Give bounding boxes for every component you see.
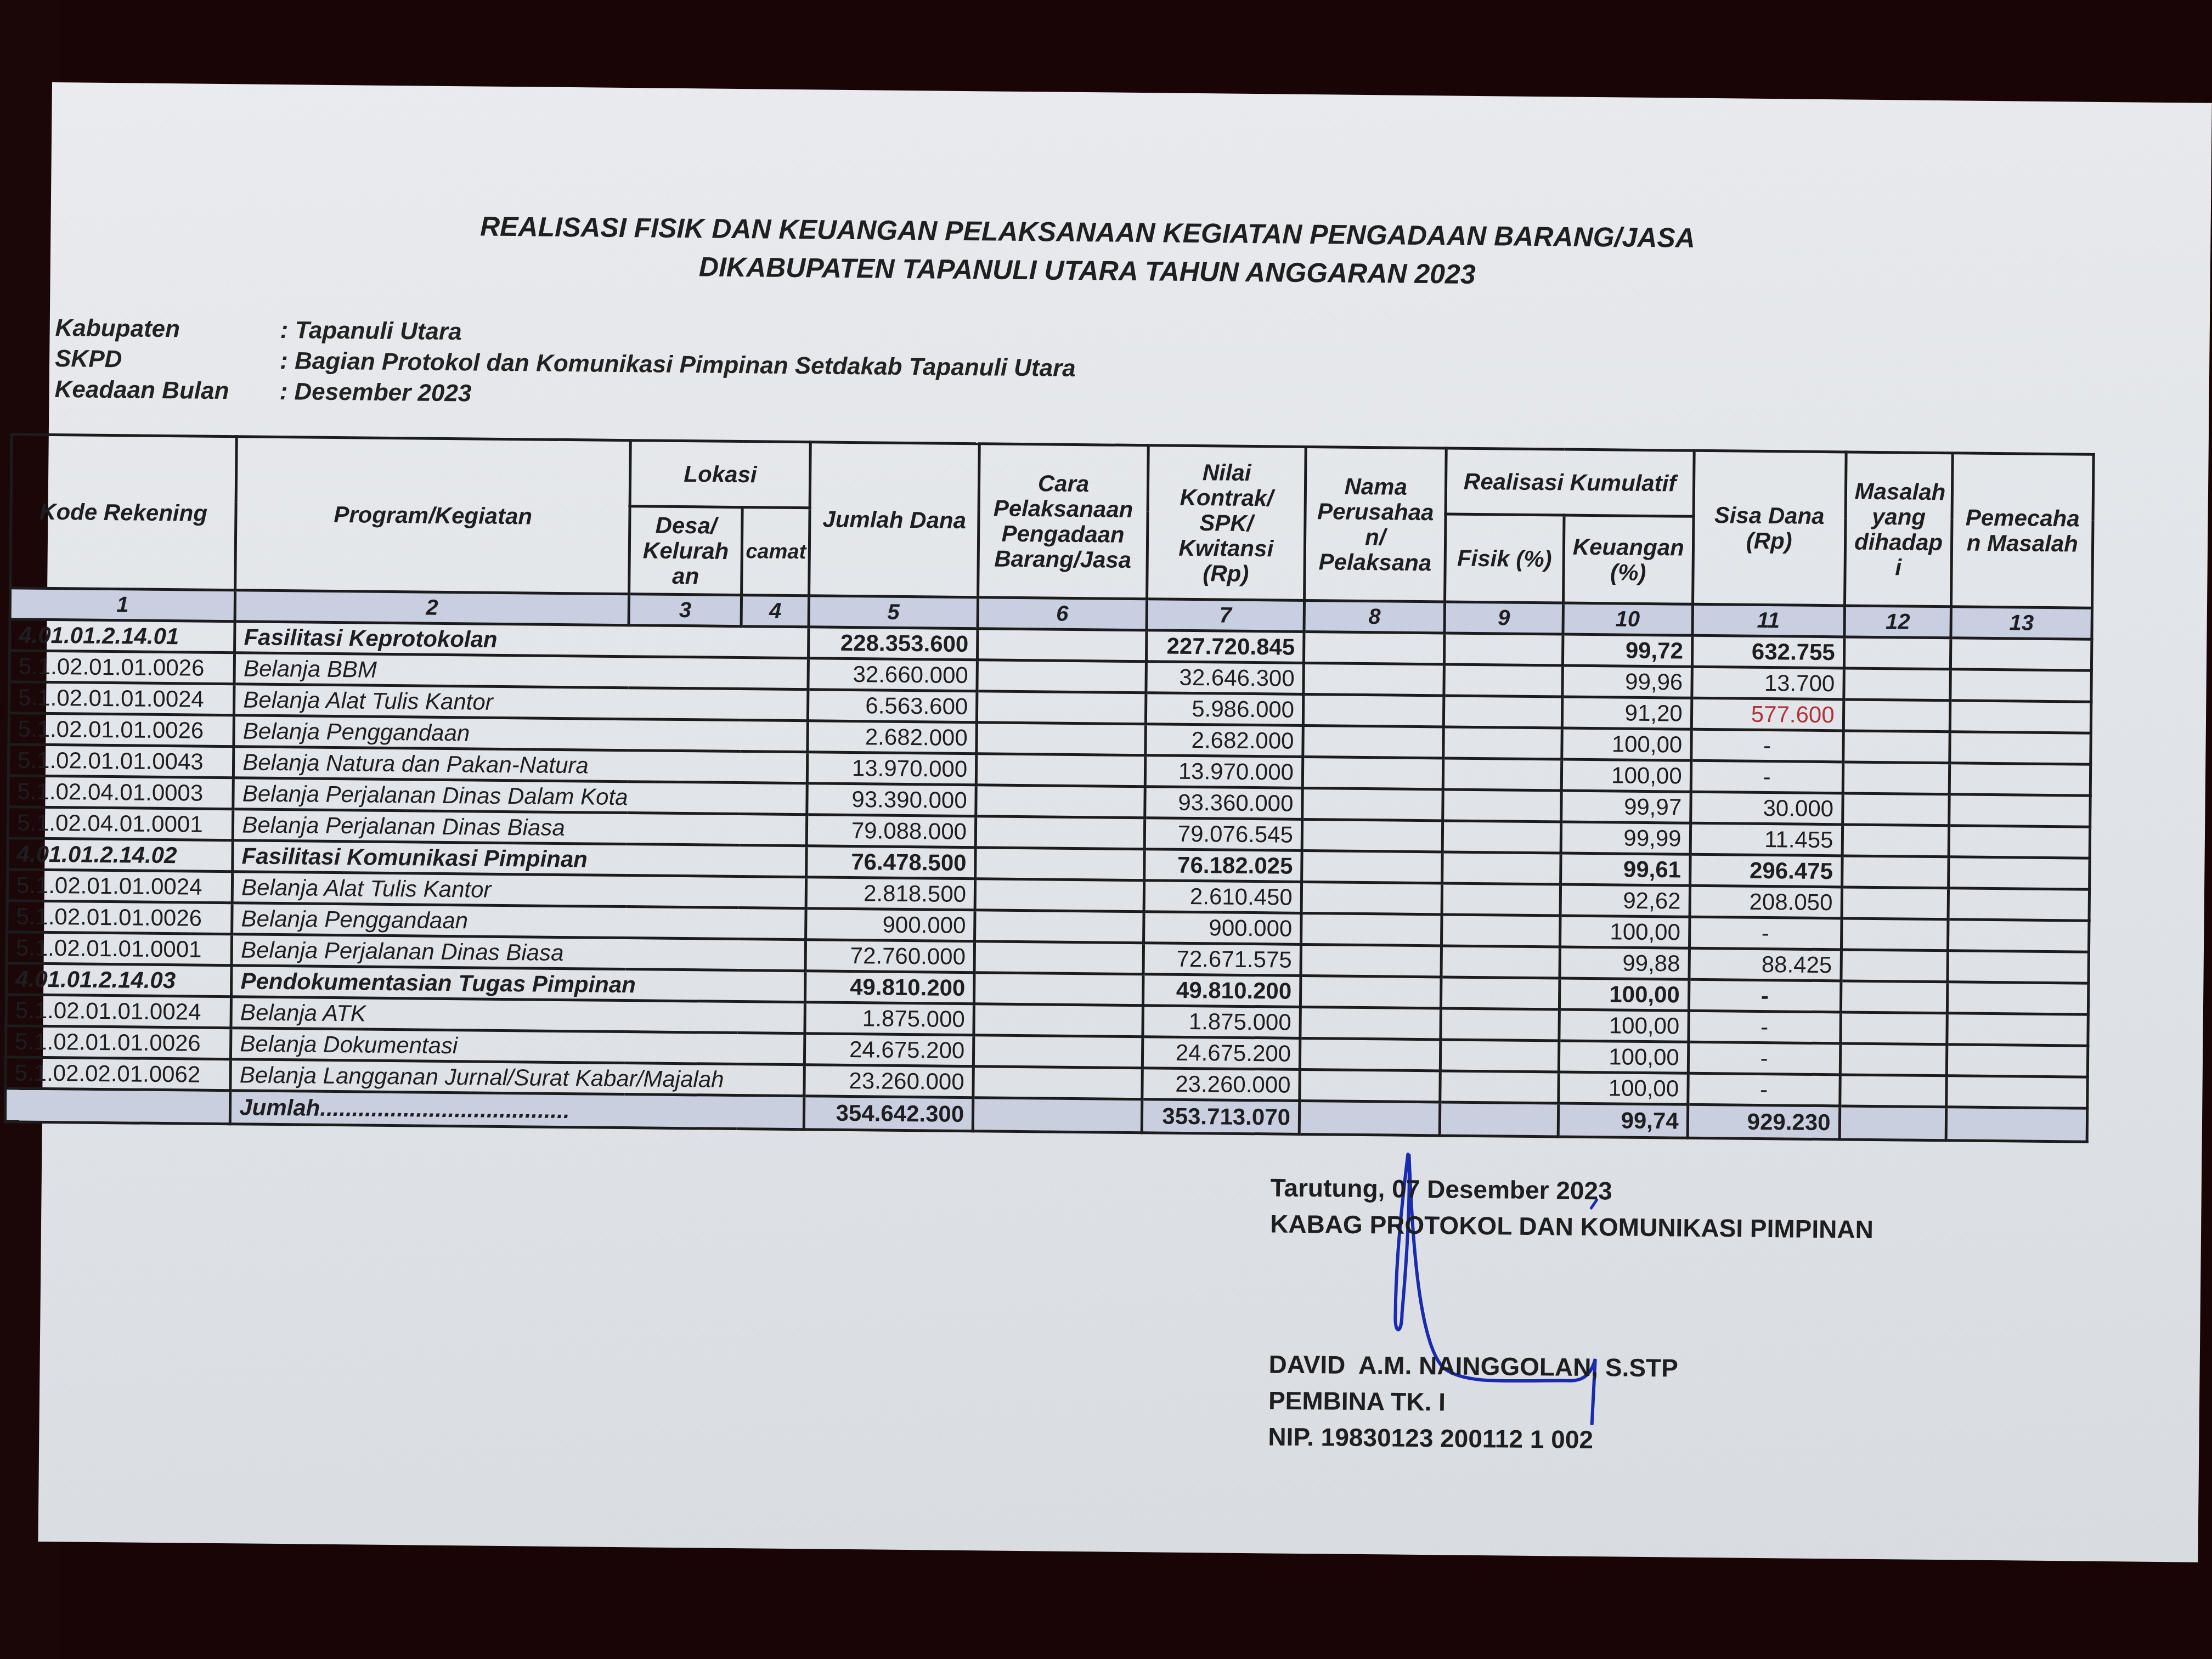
column-number-12: 12: [1844, 606, 1951, 638]
cell-nilai-kontrak: 2.610.450: [1144, 881, 1302, 913]
signature-place-date: Tarutung, 07 Desember 2023: [1270, 1169, 1874, 1211]
cell-pemecahan: [1947, 1013, 2088, 1046]
cell-masalah: [1841, 981, 1948, 1013]
cell-nama-perusahaan: [1302, 788, 1443, 820]
cell-nama-perusahaan: [1304, 663, 1444, 695]
cell-sisa-dana: 296.475: [1690, 854, 1842, 887]
cell-kode-rekening: 5.1.02.01.01.0024: [6, 995, 232, 1028]
cell-nama-perusahaan: [1300, 1007, 1441, 1039]
column-number-3: 3: [629, 594, 742, 627]
cell-jumlah-dana: 2.818.500: [806, 877, 975, 910]
cell-program: Belanja Perjalanan Dinas Biasa: [232, 934, 806, 971]
cell-program: Belanja ATK: [231, 997, 805, 1034]
document-title: REALISASI FISIK DAN KEUANGAN PELAKSANAAN…: [50, 203, 2125, 300]
cell-keuangan: 100,00: [1559, 1072, 1688, 1104]
cell-masalah: [1841, 950, 1948, 982]
cell-nilai-kontrak: 1.875.000: [1143, 1006, 1301, 1039]
cell-program: Belanja Perjalanan Dinas Biasa: [233, 809, 808, 846]
cell-keuangan: 100,00: [1559, 1041, 1688, 1073]
total-sisa: 929.230: [1688, 1104, 1839, 1139]
table-body: 4.01.01.2.14.01Fasilitasi Keprotokolan22…: [5, 619, 2092, 1108]
header-jumlah-dana: Jumlah Dana: [809, 442, 979, 597]
cell-program: Belanja Langganan Jurnal/Surat Kabar/Maj…: [230, 1059, 805, 1096]
cell-masalah: [1843, 668, 1950, 701]
header-keuangan: Keuangan (%): [1563, 515, 1693, 604]
cell-sisa-dana: 11.455: [1690, 823, 1842, 856]
cell-jumlah-dana: 24.675.200: [805, 1034, 974, 1066]
cell-kode-rekening: 5.1.02.01.01.0001: [7, 932, 232, 966]
cell-fisik: [1442, 915, 1560, 947]
cell-cara: [977, 723, 1145, 755]
cell-pemecahan: [1947, 1045, 2088, 1077]
cell-cara: [975, 910, 1144, 943]
cell-kode-rekening: 5.1.02.01.01.0026: [5, 1026, 231, 1059]
cell-program: Belanja Penggandaan: [234, 715, 808, 752]
cell-nilai-kontrak: 49.810.200: [1143, 974, 1301, 1007]
cell-nilai-kontrak: 13.970.000: [1145, 755, 1303, 788]
cell-fisik: [1444, 664, 1562, 697]
cell-jumlah-dana: 6.563.600: [808, 690, 977, 723]
cell-fisik: [1444, 696, 1562, 728]
cell-cara: [975, 816, 1144, 849]
cell-pemecahan: [1948, 951, 2089, 983]
cell-sisa-dana: 13.700: [1692, 667, 1844, 699]
cell-masalah: [1842, 825, 1949, 857]
cell-jumlah-dana: 900.000: [806, 909, 975, 941]
cell-kode-rekening: 5.1.02.01.01.0026: [7, 901, 233, 934]
column-number-5: 5: [809, 596, 978, 629]
signature-name: DAVID A.M. NAINGGOLAN, S.STP: [1268, 1346, 1872, 1388]
cell-program: Belanja Alat Tulis Kantor: [234, 684, 809, 721]
cell-nama-perusahaan: [1304, 631, 1444, 664]
column-number-7: 7: [1147, 599, 1305, 632]
cell-cara: [977, 691, 1146, 724]
cell-jumlah-dana: 76.478.500: [806, 846, 975, 879]
signature-position: KABAG PROTOKOL DAN KOMUNIKASI PIMPINAN: [1270, 1205, 1874, 1248]
cell-nama-perusahaan: [1301, 913, 1442, 945]
header-nama-perusahaan: Nama Perusahaa n/ Pelaksana: [1305, 447, 1447, 601]
header-pemecahan: Pemecaha n Masalah: [1951, 453, 2093, 608]
cell-jumlah-dana: 32.660.000: [808, 658, 977, 691]
cell-pemecahan: [1948, 982, 2089, 1014]
cell-keuangan: 100,00: [1562, 728, 1691, 760]
cell-jumlah-dana: 2.682.000: [808, 721, 977, 754]
realisasi-table: Kode Rekening Program/Kegiatan Lokasi Ju…: [4, 433, 2095, 1143]
total-jumlah: 354.642.300: [804, 1096, 973, 1131]
cell-sisa-dana: 577.600: [1691, 698, 1843, 731]
cell-masalah: [1843, 762, 1950, 794]
cell-pemecahan: [1949, 794, 2090, 827]
cell-nama-perusahaan: [1302, 850, 1443, 883]
cell-sisa-dana: 208.050: [1690, 885, 1842, 918]
cell-jumlah-dana: 228.353.600: [809, 627, 978, 660]
cell-nilai-kontrak: 23.260.000: [1142, 1068, 1300, 1101]
cell-sisa-dana: 632.755: [1692, 635, 1844, 668]
total-kontrak: 353.713.070: [1142, 1099, 1300, 1135]
cell-program: Belanja Perjalanan Dinas Dalam Kota: [233, 778, 808, 815]
column-number-2: 2: [235, 590, 629, 625]
cell-keuangan: 99,88: [1560, 947, 1689, 979]
column-number-11: 11: [1692, 604, 1844, 637]
cell-pemecahan: [1949, 857, 2090, 889]
cell-sisa-dana: 30.000: [1690, 792, 1842, 825]
column-number-10: 10: [1563, 603, 1692, 635]
cell-cara: [974, 973, 1143, 1006]
cell-kode-rekening: 4.01.01.2.14.03: [7, 963, 232, 997]
cell-keuangan: 99,96: [1562, 665, 1692, 698]
cell-masalah: [1841, 918, 1948, 951]
cell-jumlah-dana: 49.810.200: [805, 971, 974, 1004]
cell-masalah: [1842, 887, 1949, 919]
cell-pemecahan: [1948, 919, 2089, 952]
header-cara-pelaksanaan: Cara Pelaksanaan Pengadaan Barang/Jasa: [978, 444, 1148, 599]
cell-sisa-dana: -: [1688, 1073, 1839, 1106]
signature-rank: PEMBINA TK. I: [1268, 1382, 1872, 1424]
cell-kode-rekening: 5.1.02.04.01.0003: [8, 776, 234, 809]
cell-sisa-dana: -: [1688, 1042, 1840, 1075]
cell-nama-perusahaan: [1300, 1038, 1441, 1070]
cell-sisa-dana: -: [1689, 979, 1841, 1012]
cell-program: Belanja Dokumentasi: [231, 1028, 805, 1065]
cell-jumlah-dana: 1.875.000: [805, 1002, 974, 1035]
cell-cara: [973, 1066, 1142, 1099]
cell-pemecahan: [1946, 1076, 2087, 1108]
cell-pemecahan: [1950, 763, 2091, 795]
cell-fisik: [1443, 789, 1561, 822]
header-fisik: Fisik (%): [1445, 514, 1564, 603]
total-label: Jumlah..................................…: [230, 1091, 805, 1130]
header-sisa-dana: Sisa Dana (Rp): [1692, 450, 1846, 606]
cell-fisik: [1441, 1008, 1559, 1041]
cell-masalah: [1840, 1043, 1947, 1076]
header-lokasi: Lokasi: [630, 441, 810, 508]
cell-nama-perusahaan: [1300, 975, 1441, 1008]
cell-nama-perusahaan: [1302, 819, 1443, 851]
cell-jumlah-dana: 79.088.000: [807, 815, 976, 848]
column-number-8: 8: [1304, 600, 1445, 633]
cell-nama-perusahaan: [1302, 757, 1443, 789]
cell-keuangan: 100,00: [1560, 916, 1689, 948]
column-number-4: 4: [741, 595, 809, 627]
cell-jumlah-dana: 23.260.000: [804, 1065, 973, 1098]
header-kode-rekening: Kode Rekening: [10, 435, 237, 590]
cell-kode-rekening: 5.1.02.01.01.0026: [9, 713, 234, 747]
cell-keuangan: 100,00: [1559, 978, 1689, 1011]
cell-sisa-dana: -: [1689, 1011, 1841, 1043]
cell-cara: [977, 660, 1146, 693]
cell-fisik: [1442, 883, 1560, 916]
cell-nilai-kontrak: 2.682.000: [1145, 724, 1304, 757]
cell-masalah: [1842, 793, 1949, 826]
header-nilai-kontrak: Nilai Kontrak/ SPK/ Kwitansi (Rp): [1147, 445, 1306, 601]
cell-keuangan: 91,20: [1562, 697, 1691, 729]
cell-jumlah-dana: 72.760.000: [805, 940, 974, 973]
cell-fisik: [1443, 821, 1561, 853]
signature-nip: NIP. 19830123 200112 1 002: [1268, 1418, 1871, 1460]
cell-masalah: [1840, 1012, 1947, 1045]
cell-sisa-dana: -: [1691, 760, 1843, 793]
cell-nilai-kontrak: 72.671.575: [1143, 943, 1301, 976]
cell-keuangan: 99,99: [1561, 822, 1690, 854]
total-keuangan: 99,74: [1558, 1103, 1688, 1138]
cell-kode-rekening: 5.1.02.01.01.0043: [8, 744, 234, 778]
header-desa: Desa/ Kelurah an: [629, 506, 743, 595]
cell-keuangan: 100,00: [1561, 759, 1691, 792]
cell-masalah: [1843, 731, 1950, 763]
column-number-13: 13: [1951, 607, 2092, 639]
cell-pemecahan: [1950, 732, 2091, 764]
cell-keuangan: 99,61: [1560, 853, 1690, 885]
cell-nama-perusahaan: [1301, 944, 1442, 977]
cell-fisik: [1441, 1040, 1559, 1072]
cell-fisik: [1442, 852, 1561, 884]
cell-cara: [973, 1035, 1142, 1068]
cell-program: Belanja Alat Tulis Kantor: [232, 872, 806, 909]
cell-cara: [976, 785, 1145, 818]
cell-nilai-kontrak: 79.076.545: [1144, 818, 1302, 851]
cell-sisa-dana: 88.425: [1689, 948, 1841, 981]
cell-program: Belanja Penggandaan: [232, 903, 806, 940]
cell-pemecahan: [1948, 888, 2089, 921]
cell-masalah: [1839, 1075, 1946, 1107]
column-number-9: 9: [1444, 602, 1563, 634]
cell-nilai-kontrak: 227.720.845: [1146, 630, 1304, 663]
cell-program: Belanja Natura dan Pakan-Natura: [234, 747, 808, 783]
cell-kode-rekening: 5.1.02.01.01.0024: [7, 870, 233, 903]
cell-nilai-kontrak: 32.646.300: [1146, 662, 1304, 695]
cell-cara: [975, 848, 1144, 881]
cell-fisik: [1443, 727, 1562, 759]
document-page: REALISASI FISIK DAN KEUANGAN PELAKSANAAN…: [38, 82, 2211, 1562]
header-realisasi-kumulatif: Realisasi Kumulatif: [1446, 448, 1694, 516]
cell-masalah: [1844, 637, 1951, 669]
header-masalah: Masalah yang dihadap i: [1844, 452, 1953, 607]
cell-fisik: [1444, 633, 1563, 665]
cell-nama-perusahaan: [1303, 694, 1444, 726]
document-meta: Kabupaten : Tapanuli Utara SKPD : Bagian…: [54, 313, 1076, 415]
cell-nilai-kontrak: 93.360.000: [1145, 787, 1303, 820]
cell-jumlah-dana: 93.390.000: [807, 783, 976, 816]
cell-fisik: [1441, 946, 1560, 978]
cell-pemecahan: [1950, 701, 2091, 733]
cell-sisa-dana: -: [1691, 729, 1843, 762]
cell-fisik: [1441, 977, 1560, 1009]
cell-sisa-dana: -: [1689, 917, 1841, 950]
cell-masalah: [1843, 699, 1950, 732]
cell-kode-rekening: 5.1.02.04.01.0001: [8, 807, 233, 840]
header-camat: camat: [742, 507, 810, 596]
cell-cara: [975, 879, 1144, 912]
cell-pemecahan: [1951, 638, 2092, 670]
cell-keuangan: 92,62: [1560, 884, 1690, 917]
cell-program: Belanja BBM: [234, 653, 809, 690]
cell-kode-rekening: 4.01.01.2.14.01: [10, 619, 235, 653]
cell-nilai-kontrak: 76.182.025: [1144, 849, 1302, 882]
cell-cara: [974, 941, 1143, 974]
cell-nama-perusahaan: [1303, 725, 1444, 758]
cell-kode-rekening: 4.01.01.2.14.02: [8, 838, 233, 872]
cell-keuangan: 99,97: [1561, 791, 1690, 823]
realisasi-table-wrapper: Kode Rekening Program/Kegiatan Lokasi Ju…: [4, 433, 2095, 1143]
cell-jumlah-dana: 13.970.000: [808, 752, 977, 785]
cell-nama-perusahaan: [1301, 882, 1442, 914]
cell-cara: [978, 629, 1147, 662]
cell-pemecahan: [1950, 669, 2091, 702]
cell-nilai-kontrak: 24.675.200: [1142, 1037, 1300, 1070]
header-program-kegiatan: Program/Kegiatan: [235, 437, 631, 594]
cell-program: Fasilitasi Keprotokolan: [235, 622, 809, 658]
cell-keuangan: 99,72: [1562, 634, 1692, 667]
cell-cara: [974, 1004, 1143, 1037]
cell-fisik: [1440, 1071, 1559, 1103]
cell-kode-rekening: 5.1.02.01.01.0024: [9, 682, 234, 715]
cell-kode-rekening: 5.1.02.01.01.0026: [9, 651, 235, 684]
cell-nilai-kontrak: 900.000: [1143, 912, 1301, 945]
column-number-6: 6: [978, 597, 1147, 630]
cell-nama-perusahaan: [1300, 1069, 1441, 1102]
cell-fisik: [1443, 758, 1562, 791]
cell-program: Pendokumentasian Tugas Pimpinan: [232, 966, 806, 1002]
cell-cara: [976, 754, 1145, 787]
cell-program: Fasilitasi Komunikasi Pimpinan: [233, 840, 807, 877]
cell-masalah: [1842, 856, 1949, 888]
cell-kode-rekening: 5.1.02.02.01.0062: [5, 1057, 231, 1091]
cell-nilai-kontrak: 5.986.000: [1145, 693, 1304, 726]
cell-pemecahan: [1949, 826, 2090, 858]
column-number-1: 1: [10, 588, 235, 622]
signature-block: Tarutung, 07 Desember 2023 KABAG PROTOKO…: [1268, 1169, 1874, 1460]
cell-keuangan: 100,00: [1559, 1009, 1689, 1042]
